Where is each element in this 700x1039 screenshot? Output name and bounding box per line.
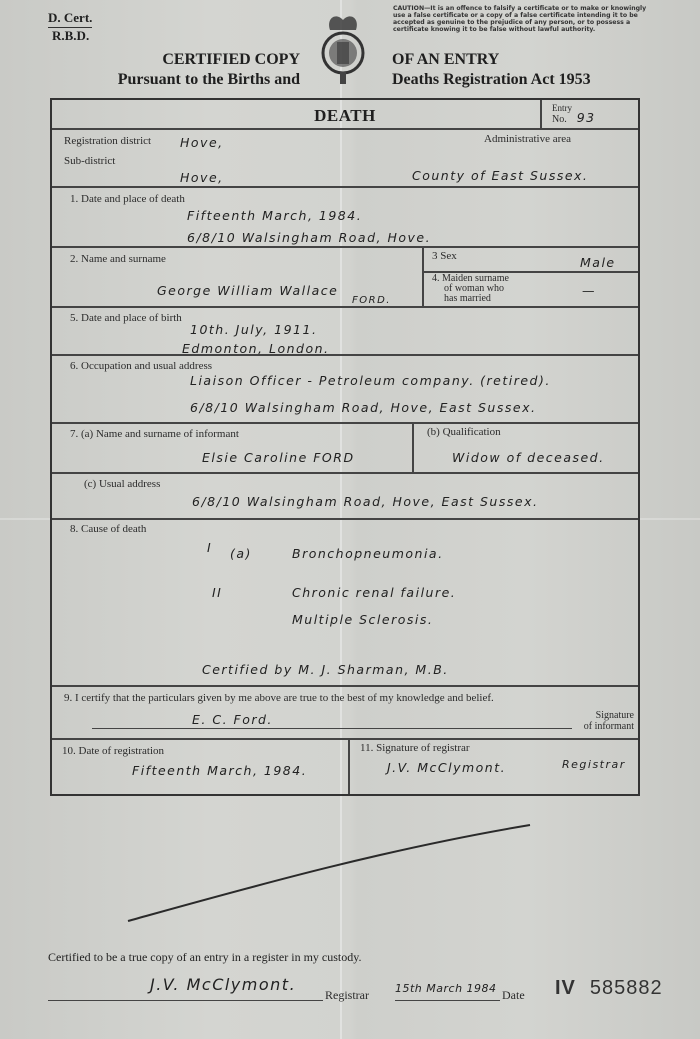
footer-date-value: 15th March 1984 xyxy=(395,982,497,995)
title-left-line2: Pursuant to the Births and xyxy=(118,70,300,90)
divider xyxy=(52,186,638,188)
divider xyxy=(52,738,638,740)
registration-district-label: Registration district xyxy=(64,135,151,147)
sig-label-2: of informant xyxy=(584,721,634,732)
cause-ii-1: Chronic renal failure. xyxy=(292,585,456,600)
field-4-label: 4. Maiden surname of woman who has marri… xyxy=(432,274,509,304)
registrar-signature: J.V. McClymont. xyxy=(387,760,506,775)
signature-line xyxy=(92,728,572,729)
cause-part-ii-marker: II xyxy=(212,585,222,600)
field-1-label: 1. Date and place of death xyxy=(70,193,185,205)
cause-i-a: Bronchopneumonia. xyxy=(292,546,444,561)
sex-value: Male xyxy=(580,255,616,270)
title-left-line1: CERTIFIED COPY xyxy=(118,50,300,70)
date-line xyxy=(395,1000,500,1001)
title-right: OF AN ENTRY Deaths Registration Act 1953 xyxy=(392,50,591,90)
occupation-value: Liaison Officer - Petroleum company. (re… xyxy=(190,373,551,388)
place-of-death: 6/8/10 Walsingham Road, Hove. xyxy=(187,230,431,245)
entry-number: Entry No. 93 xyxy=(552,103,596,125)
divider xyxy=(52,128,638,130)
serial-number: 585882 xyxy=(590,977,663,999)
date-label: Date xyxy=(502,988,525,1003)
divider xyxy=(52,472,638,474)
field-11-label: 11. Signature of registrar xyxy=(360,742,470,754)
entry-label-2: No. xyxy=(552,115,567,125)
title-right-line1: OF AN ENTRY xyxy=(392,50,591,70)
certificate-serial: IV585882 xyxy=(555,977,663,1000)
royal-coat-of-arms-icon xyxy=(318,8,368,88)
cause-i-a-marker: (a) xyxy=(230,546,252,561)
registrar-label: Registrar xyxy=(325,988,369,1003)
date-of-registration: Fifteenth March, 1984. xyxy=(132,763,307,778)
divider xyxy=(422,246,424,306)
field-7a-label: 7. (a) Name and surname of informant xyxy=(70,428,239,440)
field-8-label: 8. Cause of death xyxy=(70,523,146,535)
field-3-label: 3 Sex xyxy=(432,250,457,262)
certified-true-copy-text: Certified to be a true copy of an entry … xyxy=(48,950,361,965)
registrar-title: Registrar xyxy=(562,758,626,771)
field-5-label: 5. Date and place of birth xyxy=(70,312,182,324)
divider xyxy=(52,518,638,520)
informant-address: 6/8/10 Walsingham Road, Hove, East Susse… xyxy=(192,494,538,509)
sig-label-1: Signature xyxy=(584,710,634,721)
footer-registrar-signature: J.V. McClymont. xyxy=(150,975,296,994)
administrative-area-value: County of East Sussex. xyxy=(412,168,588,183)
field-4-label-3: has married xyxy=(432,294,509,304)
form-title: DEATH xyxy=(52,106,638,126)
cause-certified-by: Certified by M. J. Sharman, M.B. xyxy=(202,662,449,677)
usual-address-value: 6/8/10 Walsingham Road, Hove, East Susse… xyxy=(190,400,536,415)
divider xyxy=(52,422,638,424)
registration-district-value: Hove, xyxy=(180,135,224,150)
title-right-line2: Deaths Registration Act 1953 xyxy=(392,70,591,90)
cause-part-i-marker: I xyxy=(207,540,212,555)
divider xyxy=(52,685,638,687)
form-code: D. Cert. R.B.D. xyxy=(48,10,92,44)
serial-prefix: IV xyxy=(555,977,576,999)
field-6-label: 6. Occupation and usual address xyxy=(70,360,212,372)
title-left: CERTIFIED COPY Pursuant to the Births an… xyxy=(118,50,300,90)
cancellation-stroke xyxy=(120,820,540,930)
date-of-death: Fifteenth March, 1984. xyxy=(187,208,362,223)
informant-qualification: Widow of deceased. xyxy=(452,450,605,465)
field-7b-label: (b) Qualification xyxy=(427,426,501,438)
name-surname: FORD. xyxy=(352,295,391,306)
caution-notice: CAUTION—It is an offence to falsify a ce… xyxy=(393,5,653,33)
field-9-label: 9. I certify that the particulars given … xyxy=(64,692,494,704)
field-10-label: 10. Date of registration xyxy=(62,745,164,757)
death-entry-form: DEATH Entry No. 93 Registration district… xyxy=(50,98,640,796)
divider xyxy=(52,306,638,308)
date-of-birth: 10th. July, 1911. xyxy=(190,322,317,337)
sub-district-label: Sub-district xyxy=(64,155,115,167)
divider xyxy=(52,246,638,248)
divider xyxy=(412,422,414,472)
form-code-bottom: R.B.D. xyxy=(48,28,92,44)
informant-signature: E. C. Ford. xyxy=(192,712,273,727)
entry-number-value: 93 xyxy=(577,113,596,123)
divider xyxy=(540,100,542,128)
maiden-surname-value: — xyxy=(582,283,596,298)
registrar-signature-line xyxy=(48,1000,323,1001)
divider xyxy=(52,354,638,356)
signature-of-informant-label: Signature of informant xyxy=(584,710,634,732)
name-forenames: George William Wallace xyxy=(157,283,338,298)
field-7c-label: (c) Usual address xyxy=(84,478,160,490)
informant-name: Elsie Caroline FORD xyxy=(202,450,355,465)
sub-district-value: Hove, xyxy=(180,170,224,185)
divider xyxy=(348,738,350,794)
field-2-label: 2. Name and surname xyxy=(70,253,166,265)
form-code-top: D. Cert. xyxy=(48,10,92,28)
administrative-area-label: Administrative area xyxy=(484,133,571,145)
cause-ii-2: Multiple Sclerosis. xyxy=(292,612,433,627)
